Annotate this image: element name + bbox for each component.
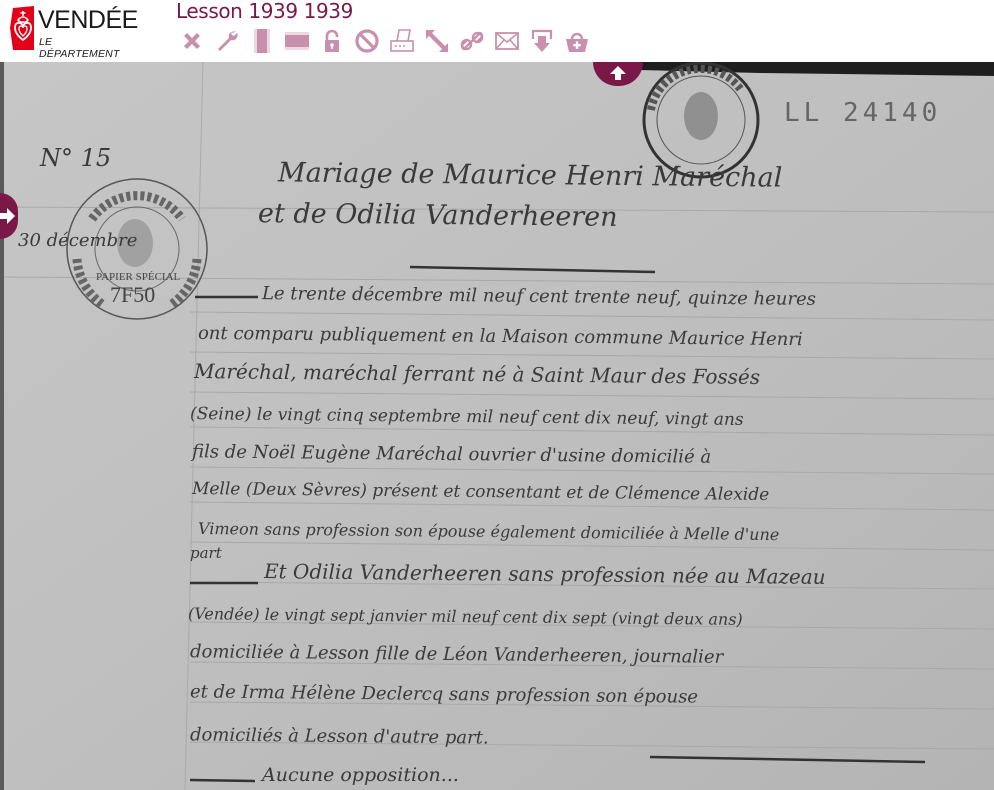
double-page-view-button[interactable]	[279, 26, 314, 56]
portrait-page-icon	[249, 28, 275, 54]
brand-name: VENDÉE	[38, 6, 138, 34]
arrow-right-icon	[0, 207, 16, 225]
register-number: LL 24140	[784, 98, 941, 128]
add-to-basket-button[interactable]	[559, 26, 594, 56]
download-icon	[529, 28, 555, 54]
permalink-button[interactable]	[454, 26, 489, 56]
expand-icon	[424, 28, 450, 54]
page-title: Lesson 1939 1939	[176, 0, 353, 24]
settings-button[interactable]	[209, 26, 244, 56]
heading-line-1: Mariage de Maurice Henri Maréchal	[278, 157, 783, 193]
vendee-logo[interactable]: VENDÉE LE DÉPARTEMENT	[10, 4, 135, 52]
envelope-icon	[494, 28, 520, 54]
app-header: VENDÉE LE DÉPARTEMENT Lesson 1939 1939	[0, 0, 994, 62]
viewer-toolbar	[174, 26, 594, 56]
email-button[interactable]	[489, 26, 524, 56]
heading-line-2: et de Odilia Vanderheeren	[258, 198, 618, 233]
printer-icon	[389, 28, 415, 54]
single-page-view-button[interactable]	[244, 26, 279, 56]
arrow-up-icon	[609, 65, 627, 81]
close-icon	[179, 28, 205, 54]
act-line-14: Aucune opposition...	[262, 764, 459, 786]
close-button[interactable]	[174, 26, 209, 56]
document-viewer[interactable]: LL 24140 N° 15 30 décembre PAPIER SPÉCIA…	[0, 62, 994, 790]
unlock-icon	[319, 28, 345, 54]
link-icon	[459, 28, 485, 54]
landscape-page-icon	[284, 28, 310, 54]
margin-date: 30 décembre	[18, 230, 137, 251]
print-button[interactable]	[384, 26, 419, 56]
wrench-icon	[214, 28, 240, 54]
stamp-left-price: 7F50	[110, 282, 155, 308]
unlock-button[interactable]	[314, 26, 349, 56]
vendee-heart-logo-icon	[10, 6, 36, 50]
brand-subtitle: LE DÉPARTEMENT	[39, 36, 135, 60]
download-button[interactable]	[524, 26, 559, 56]
act-number: N° 15	[40, 144, 111, 172]
no-entry-icon	[354, 28, 380, 54]
basket-plus-icon	[564, 28, 590, 54]
prohibit-button[interactable]	[349, 26, 384, 56]
fullscreen-button[interactable]	[419, 26, 454, 56]
act-line-13: domiciliés à Lesson d'autre part.	[190, 724, 489, 748]
act-line-8: part	[190, 544, 222, 562]
